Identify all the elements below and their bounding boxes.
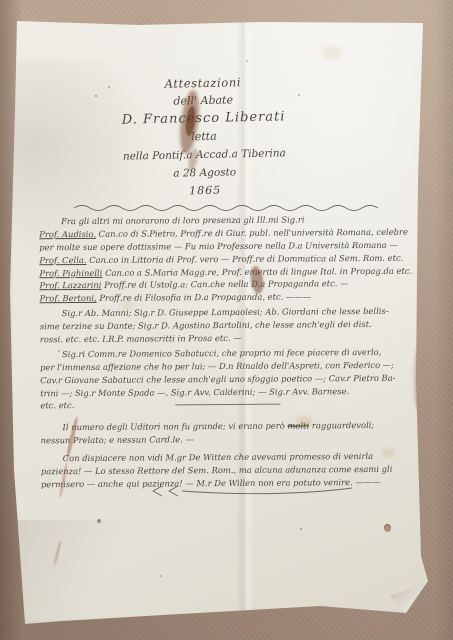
underlined-name: Prof. Cella. — [39, 255, 86, 265]
text-segment: Sig.ri Comm.re Domenico Sabatucci, che p… — [62, 347, 381, 359]
dog-ear-fold — [388, 576, 432, 618]
text-segment: Fra gli altri mi onorarono di loro prese… — [61, 214, 304, 226]
underlined-name: Prof. Bertoni, — [40, 293, 97, 303]
text-segment: per l'immensa affezione che ho per lui; … — [40, 360, 394, 372]
stain-right-edge — [414, 348, 421, 410]
underlined-name: Prof. Pighinelli — [39, 267, 102, 277]
manuscript-line: etc. etc. — [40, 397, 412, 412]
paper-specks — [0, 0, 2, 2]
title-block: Attestazioni dell' Abate D. Francesco Li… — [57, 71, 352, 203]
paper-hole — [384, 524, 391, 532]
manuscript-paper: Attestazioni dell' Abate D. Francesco Li… — [0, 0, 453, 640]
manuscript-line: Prof. Bertoni, Proff.re di Filosofia in … — [40, 290, 412, 305]
manuscript-line: rossi. etc. etc. I.R.P. manoscritti in P… — [40, 331, 412, 346]
manuscript-line: nessun Prelato; e nessun Card.le. — — [41, 432, 413, 447]
text-segment: Can.co in Littoria di Prof. vero — Proff… — [87, 252, 404, 264]
text-segment: trini —; Sig.r Monte Spada —, Sig.r Avv.… — [40, 386, 349, 398]
text-segment: Proff.re di Ustolg.a: Can.che nella D.a … — [101, 279, 348, 291]
manuscript-body: Fra gli altri mi onorarono di loro prese… — [39, 213, 413, 491]
struck-word: molti — [287, 421, 309, 431]
text-segment: Sig.r Ab. Manni; Sig.r D. Giuseppe Lampa… — [62, 306, 389, 318]
underlined-name: Prof. Audisio. — [39, 229, 96, 239]
text-segment: Can.co a S.Maria Magg.re, Prof. emerito … — [102, 265, 412, 277]
end-flourish — [140, 484, 360, 500]
text-segment: ragguardevoli; — [309, 420, 374, 430]
text-segment: etc. etc. — [40, 401, 74, 411]
text-segment: pazienza! — Lo stesso Rettore del Sem. R… — [41, 464, 393, 476]
stain-streak — [53, 540, 62, 566]
horizontal-rule — [175, 404, 280, 406]
text-segment: sime terzine su Dante; Sig.r D. Agostino… — [40, 319, 372, 331]
foxing-spot — [322, 46, 342, 59]
wavy-divider — [70, 201, 390, 213]
text-segment: Con dispiacere non vidi M.gr De Witten c… — [63, 451, 373, 463]
text-segment: Cav.r Giovane Sabatucci che lesse anch'e… — [40, 373, 395, 385]
text-segment: Proff.re di Filosofia in D.a Propaganda,… — [97, 292, 312, 303]
photo-of-manuscript: Attestazioni dell' Abate D. Francesco Li… — [0, 0, 453, 640]
text-segment: rossi. etc. etc. I.R.P. manoscritti in P… — [40, 333, 242, 344]
text-segment: nessun Prelato; e nessun Card.le. — — [41, 434, 194, 445]
text-segment: Can.co di S.Pietro, Proff.re di Giur. pu… — [96, 227, 408, 239]
underlined-name: Prof. Lazzarini — [39, 280, 101, 290]
text-segment: Il numero degli Uditori non fu grande; v… — [62, 421, 287, 433]
bottom-left-crease — [12, 520, 172, 630]
text-segment: per molte sue opere dottissime — Fu mio … — [39, 240, 397, 253]
